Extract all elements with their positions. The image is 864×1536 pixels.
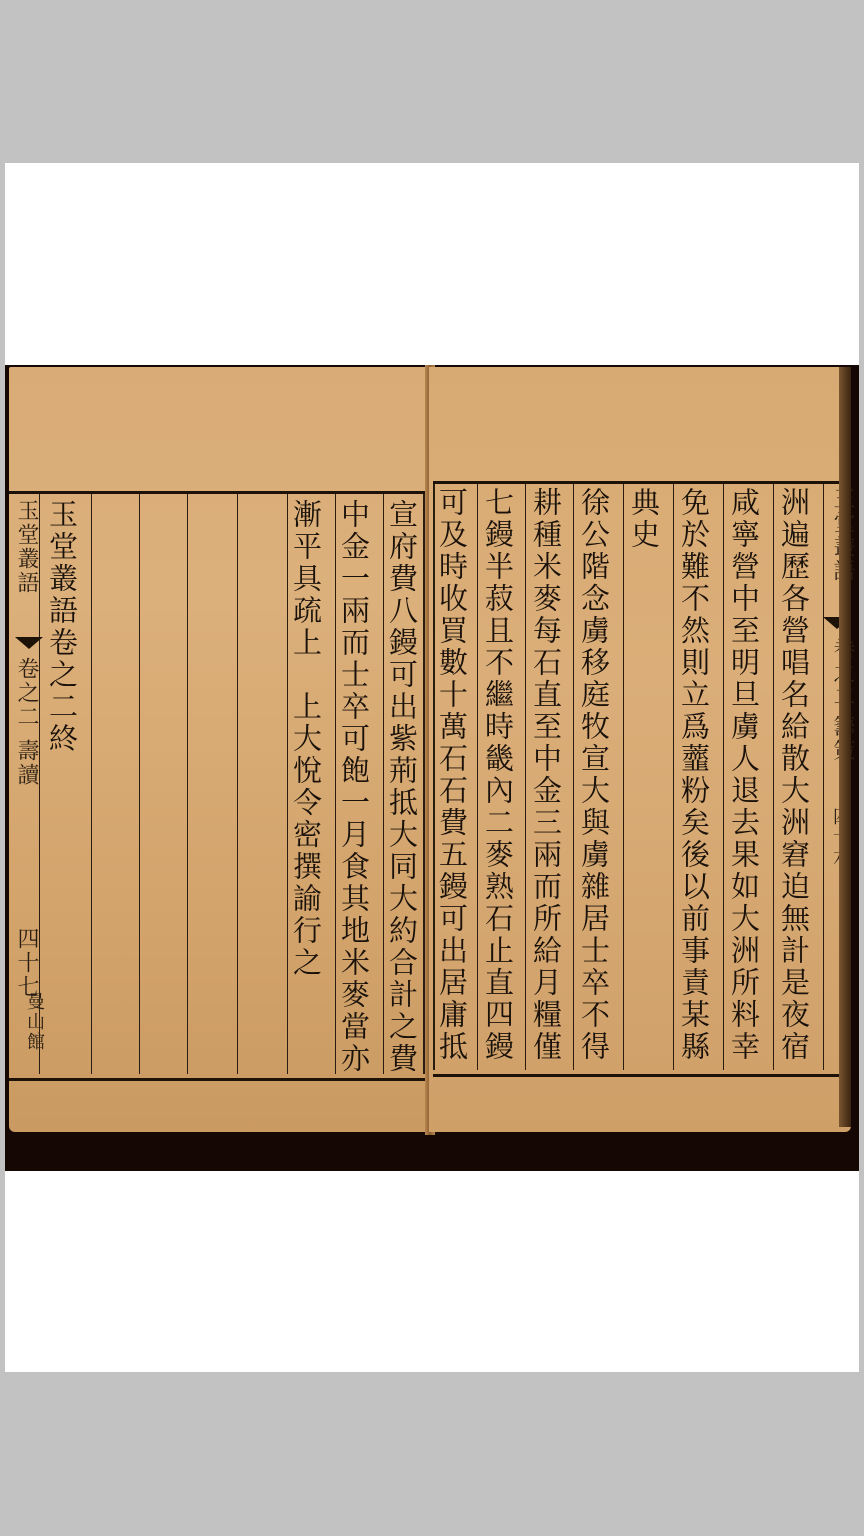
book-scan-image: 玉堂叢語 卷之二 壽讀 四十七 曼山館 宣府費八鏝可出紫荊抵大同大約合計之費 中… <box>5 365 859 1171</box>
text-column: 中金一兩而士卒可飽一月食其地米麥當亦 <box>337 499 371 1075</box>
text-column: 免於難不然則立爲虀粉矣後以前事責某縣 <box>677 487 711 1063</box>
text-column: 徐公階念虜移庭牧宣大與虜雜居士卒不得 <box>577 487 611 1063</box>
divider <box>237 494 238 1074</box>
left-publisher: 曼山館 <box>21 992 47 1052</box>
text-column: 耕種米麥每石直至中金三兩而所給月糧僅 <box>529 487 563 1063</box>
left-page-number: 四十七 <box>11 927 42 999</box>
left-banxin-title: 玉堂叢語 <box>11 499 42 595</box>
volume-end-title: 玉堂叢語卷之二終 <box>45 499 79 755</box>
divider <box>383 494 384 1074</box>
divider <box>573 484 574 1070</box>
left-page: 玉堂叢語 卷之二 壽讀 四十七 曼山館 宣府費八鏝可出紫荊抵大同大約合計之費 中… <box>9 367 429 1132</box>
text-column: 咸寧營中至明旦虜人退去果如大洲所料幸 <box>727 487 761 1063</box>
left-banxin-subtitle: 壽讀 <box>11 739 42 787</box>
text-column: 漸平具疏上 上大悅令密撰諭行之 <box>289 499 323 979</box>
divider <box>773 484 774 1070</box>
text-column: 可及時收買數十萬石石費五鏝可出居庸抵 <box>435 487 469 1063</box>
left-banxin-volume: 卷之二 <box>11 657 42 729</box>
text-column: 七鏝半菽且不繼時畿內二麥熟石止直四鏝 <box>481 487 515 1063</box>
text-column: 宣府費八鏝可出紫荊抵大同大約合計之費 <box>385 499 419 1075</box>
divider <box>187 494 188 1074</box>
divider <box>477 484 478 1070</box>
divider <box>823 484 824 1070</box>
divider <box>139 494 140 1074</box>
divider <box>623 484 624 1070</box>
divider <box>91 494 92 1074</box>
divider <box>723 484 724 1070</box>
fishtail-mark <box>15 637 43 649</box>
divider <box>525 484 526 1070</box>
divider <box>335 494 336 1074</box>
text-column: 典史 <box>627 487 661 551</box>
page-edge <box>839 367 851 1127</box>
divider <box>673 484 674 1070</box>
divider <box>287 494 288 1074</box>
right-page: 洲遍歷各營唱名給散大洲窘迫無計是夜宿 咸寧營中至明旦虜人退去果如大洲所料幸 免於… <box>429 367 851 1132</box>
text-column: 洲遍歷各營唱名給散大洲窘迫無計是夜宿 <box>777 487 811 1063</box>
